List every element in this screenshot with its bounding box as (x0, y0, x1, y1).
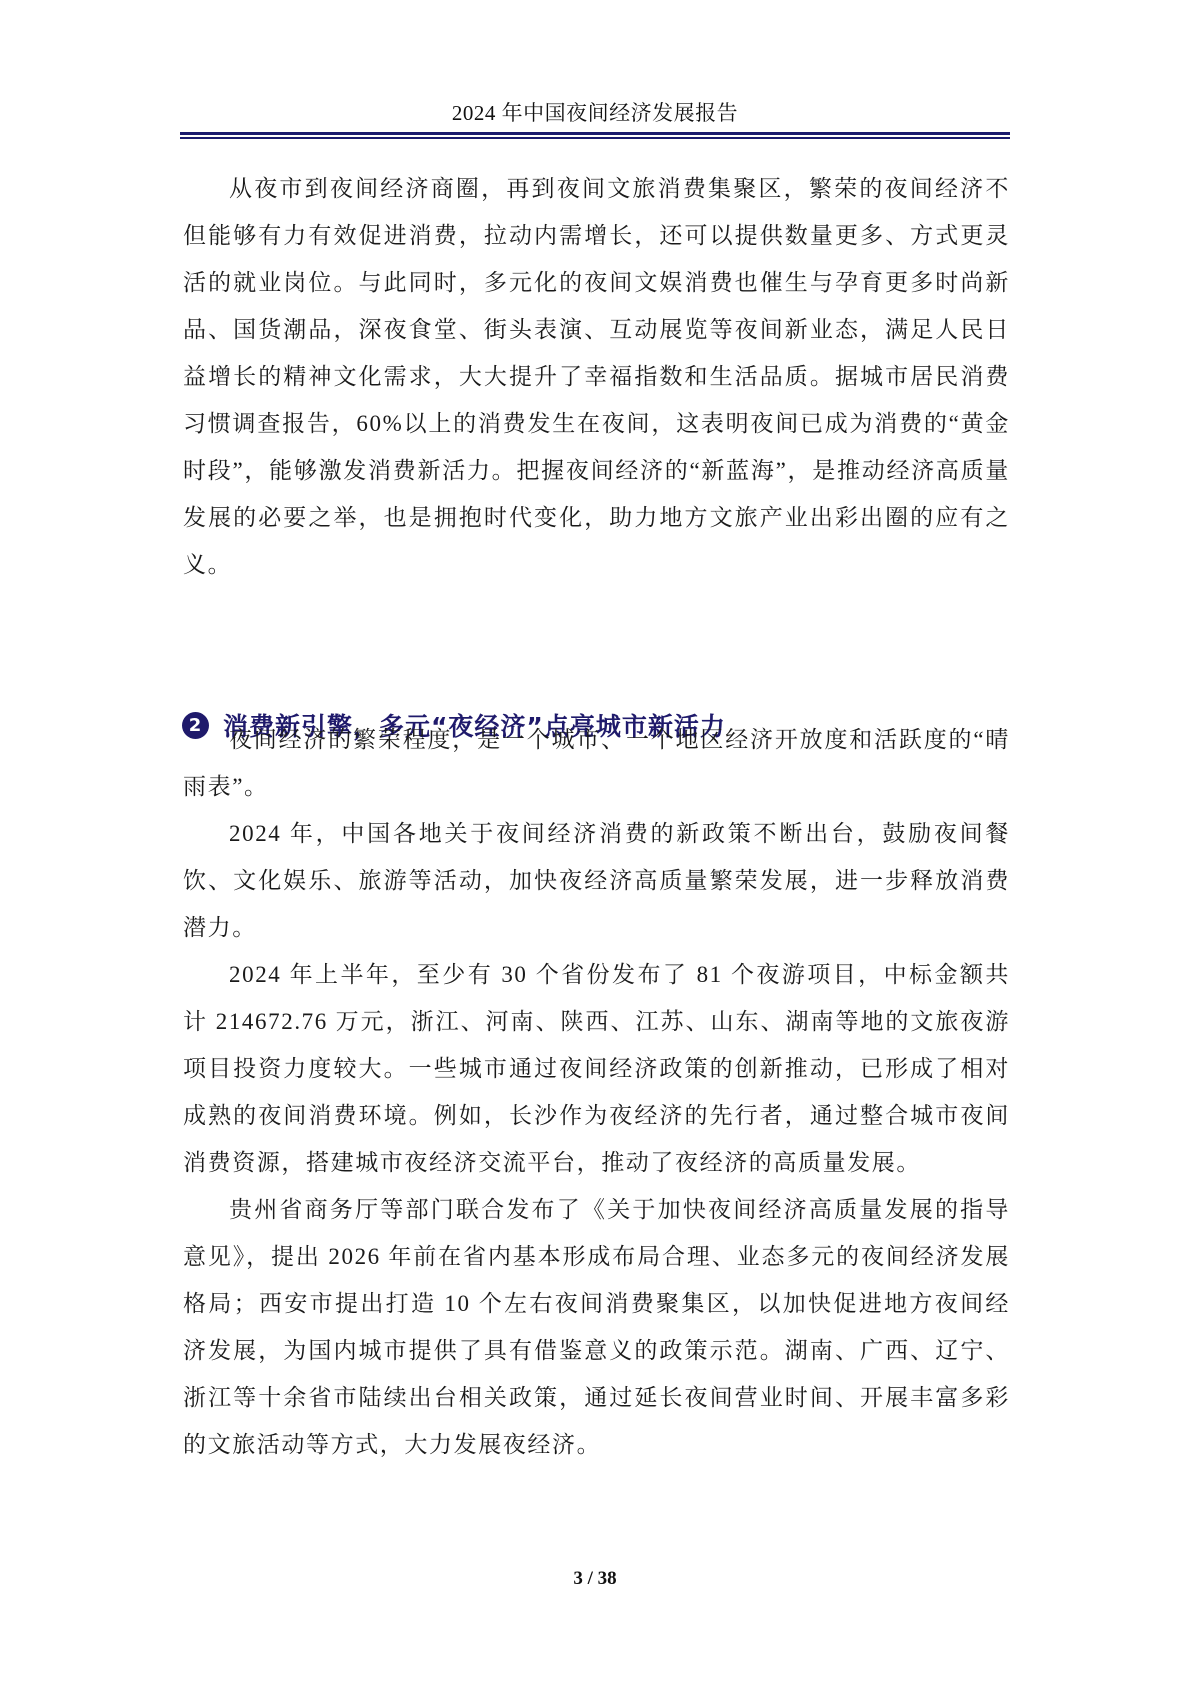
header-rule-secondary (180, 137, 1010, 139)
running-header-title: 2024 年中国夜间经济发展报告 (180, 98, 1010, 128)
header-rule (180, 132, 1010, 135)
page-number: 3 / 38 (0, 1568, 1190, 1590)
document-page: 2024 年中国夜间经济发展报告 从夜市到夜间经济商圈，再到夜间文旅消费集聚区，… (0, 0, 1190, 1683)
paragraph: 夜间经济的繁荣程度，是一个城市、一个地区经济开放度和活跃度的“晴雨表”。 (183, 716, 1010, 810)
intro-text-block: 从夜市到夜间经济商圈，再到夜间文旅消费集聚区，繁荣的夜间经济不但能够有力有效促进… (183, 165, 1010, 588)
section-text-block: 夜间经济的繁荣程度，是一个城市、一个地区经济开放度和活跃度的“晴雨表”。 202… (183, 716, 1010, 1468)
paragraph: 2024 年，中国各地关于夜间经济消费的新政策不断出台，鼓励夜间餐饮、文化娱乐、… (183, 810, 1010, 951)
paragraph: 2024 年上半年，至少有 30 个省份发布了 81 个夜游项目，中标金额共计 … (183, 951, 1010, 1186)
paragraph: 贵州省商务厅等部门联合发布了《关于加快夜间经济高质量发展的指导意见》，提出 20… (183, 1186, 1010, 1468)
paragraph: 从夜市到夜间经济商圈，再到夜间文旅消费集聚区，繁荣的夜间经济不但能够有力有效促进… (183, 165, 1010, 588)
